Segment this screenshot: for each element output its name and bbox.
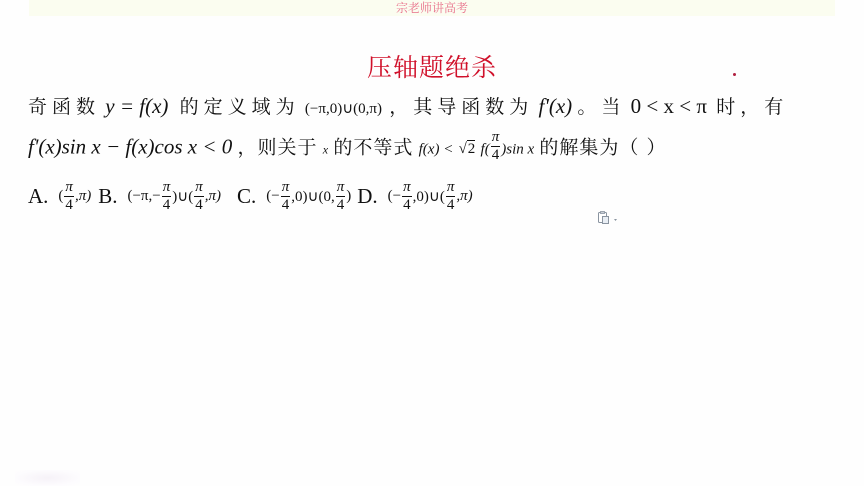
radicand: 2 <box>467 140 476 157</box>
question-text: 的定义域为 <box>180 96 300 118</box>
question-text: ，其导函数为 <box>389 96 533 118</box>
math-ineq-left: f(x) < <box>419 141 454 157</box>
question-line-1: 奇函数 y = f(x) 的定义域为 (−π,0)∪(0,π) ，其导函数为 f… <box>28 92 788 123</box>
option-d-math: (− π4 ,0)∪( π4 ,π) <box>388 180 473 213</box>
fraction-pi-over-4: π4 <box>491 130 501 163</box>
lesson-slide: 宗老师讲高考 压轴题绝杀 奇函数 y = f(x) 的定义域为 (−π,0)∪(… <box>0 0 864 486</box>
channel-name: 宗老师讲高考 <box>29 0 835 16</box>
answer-options: A. ( π4 ,π) B. (−π,− π4 )∪( π4 ,π) C. (−… <box>28 180 473 220</box>
option-c-math: (− π4 ,0)∪(0, π4 ) <box>266 180 351 213</box>
cursor-dot <box>733 73 736 76</box>
math-sqrt: √2 <box>459 135 476 163</box>
math-derivative: f'(x) <box>539 94 573 118</box>
math-variable: x <box>323 142 328 156</box>
question-text: 时，有 <box>716 96 788 118</box>
math-domain: (−π,0)∪(0,π) <box>305 101 382 117</box>
math-function-def: y = f(x) <box>105 94 168 118</box>
paste-options-icon <box>597 211 619 225</box>
option-b-math: (−π,− π4 )∪( π4 ,π) <box>127 180 221 213</box>
option-a-math: ( π4 ,π) <box>58 180 91 213</box>
question-text: 的不等式 <box>333 136 413 158</box>
math-tail: )sin x <box>501 141 534 157</box>
option-a[interactable]: A. ( π4 ,π) <box>28 180 91 213</box>
math-inequality: f'(x)sin x − f(x)cos x < 0 <box>28 134 232 158</box>
option-c[interactable]: C. (− π4 ,0)∪(0, π4 ) <box>237 180 351 213</box>
slide-title: 压轴题绝杀 <box>0 48 864 84</box>
math-f-open: f( <box>481 141 490 157</box>
math-condition: 0 < x < π <box>631 94 707 118</box>
bottom-artifact <box>15 470 80 486</box>
question-text: ，则关于 <box>238 136 318 158</box>
channel-header-band: 宗老师讲高考 <box>29 0 835 16</box>
paste-options-button[interactable] <box>597 211 619 225</box>
question-text: 的解集为（ ） <box>539 136 666 158</box>
question-line-2: f'(x)sin x − f(x)cos x < 0 ，则关于 x 的不等式 f… <box>28 132 666 165</box>
question-text: 。当 <box>577 96 625 118</box>
option-d[interactable]: D. (− π4 ,0)∪( π4 ,π) <box>357 180 472 213</box>
option-b[interactable]: B. (−π,− π4 )∪( π4 ,π) <box>98 180 221 213</box>
radical-sign: √ <box>459 141 467 157</box>
question-text: 奇函数 <box>28 96 100 118</box>
